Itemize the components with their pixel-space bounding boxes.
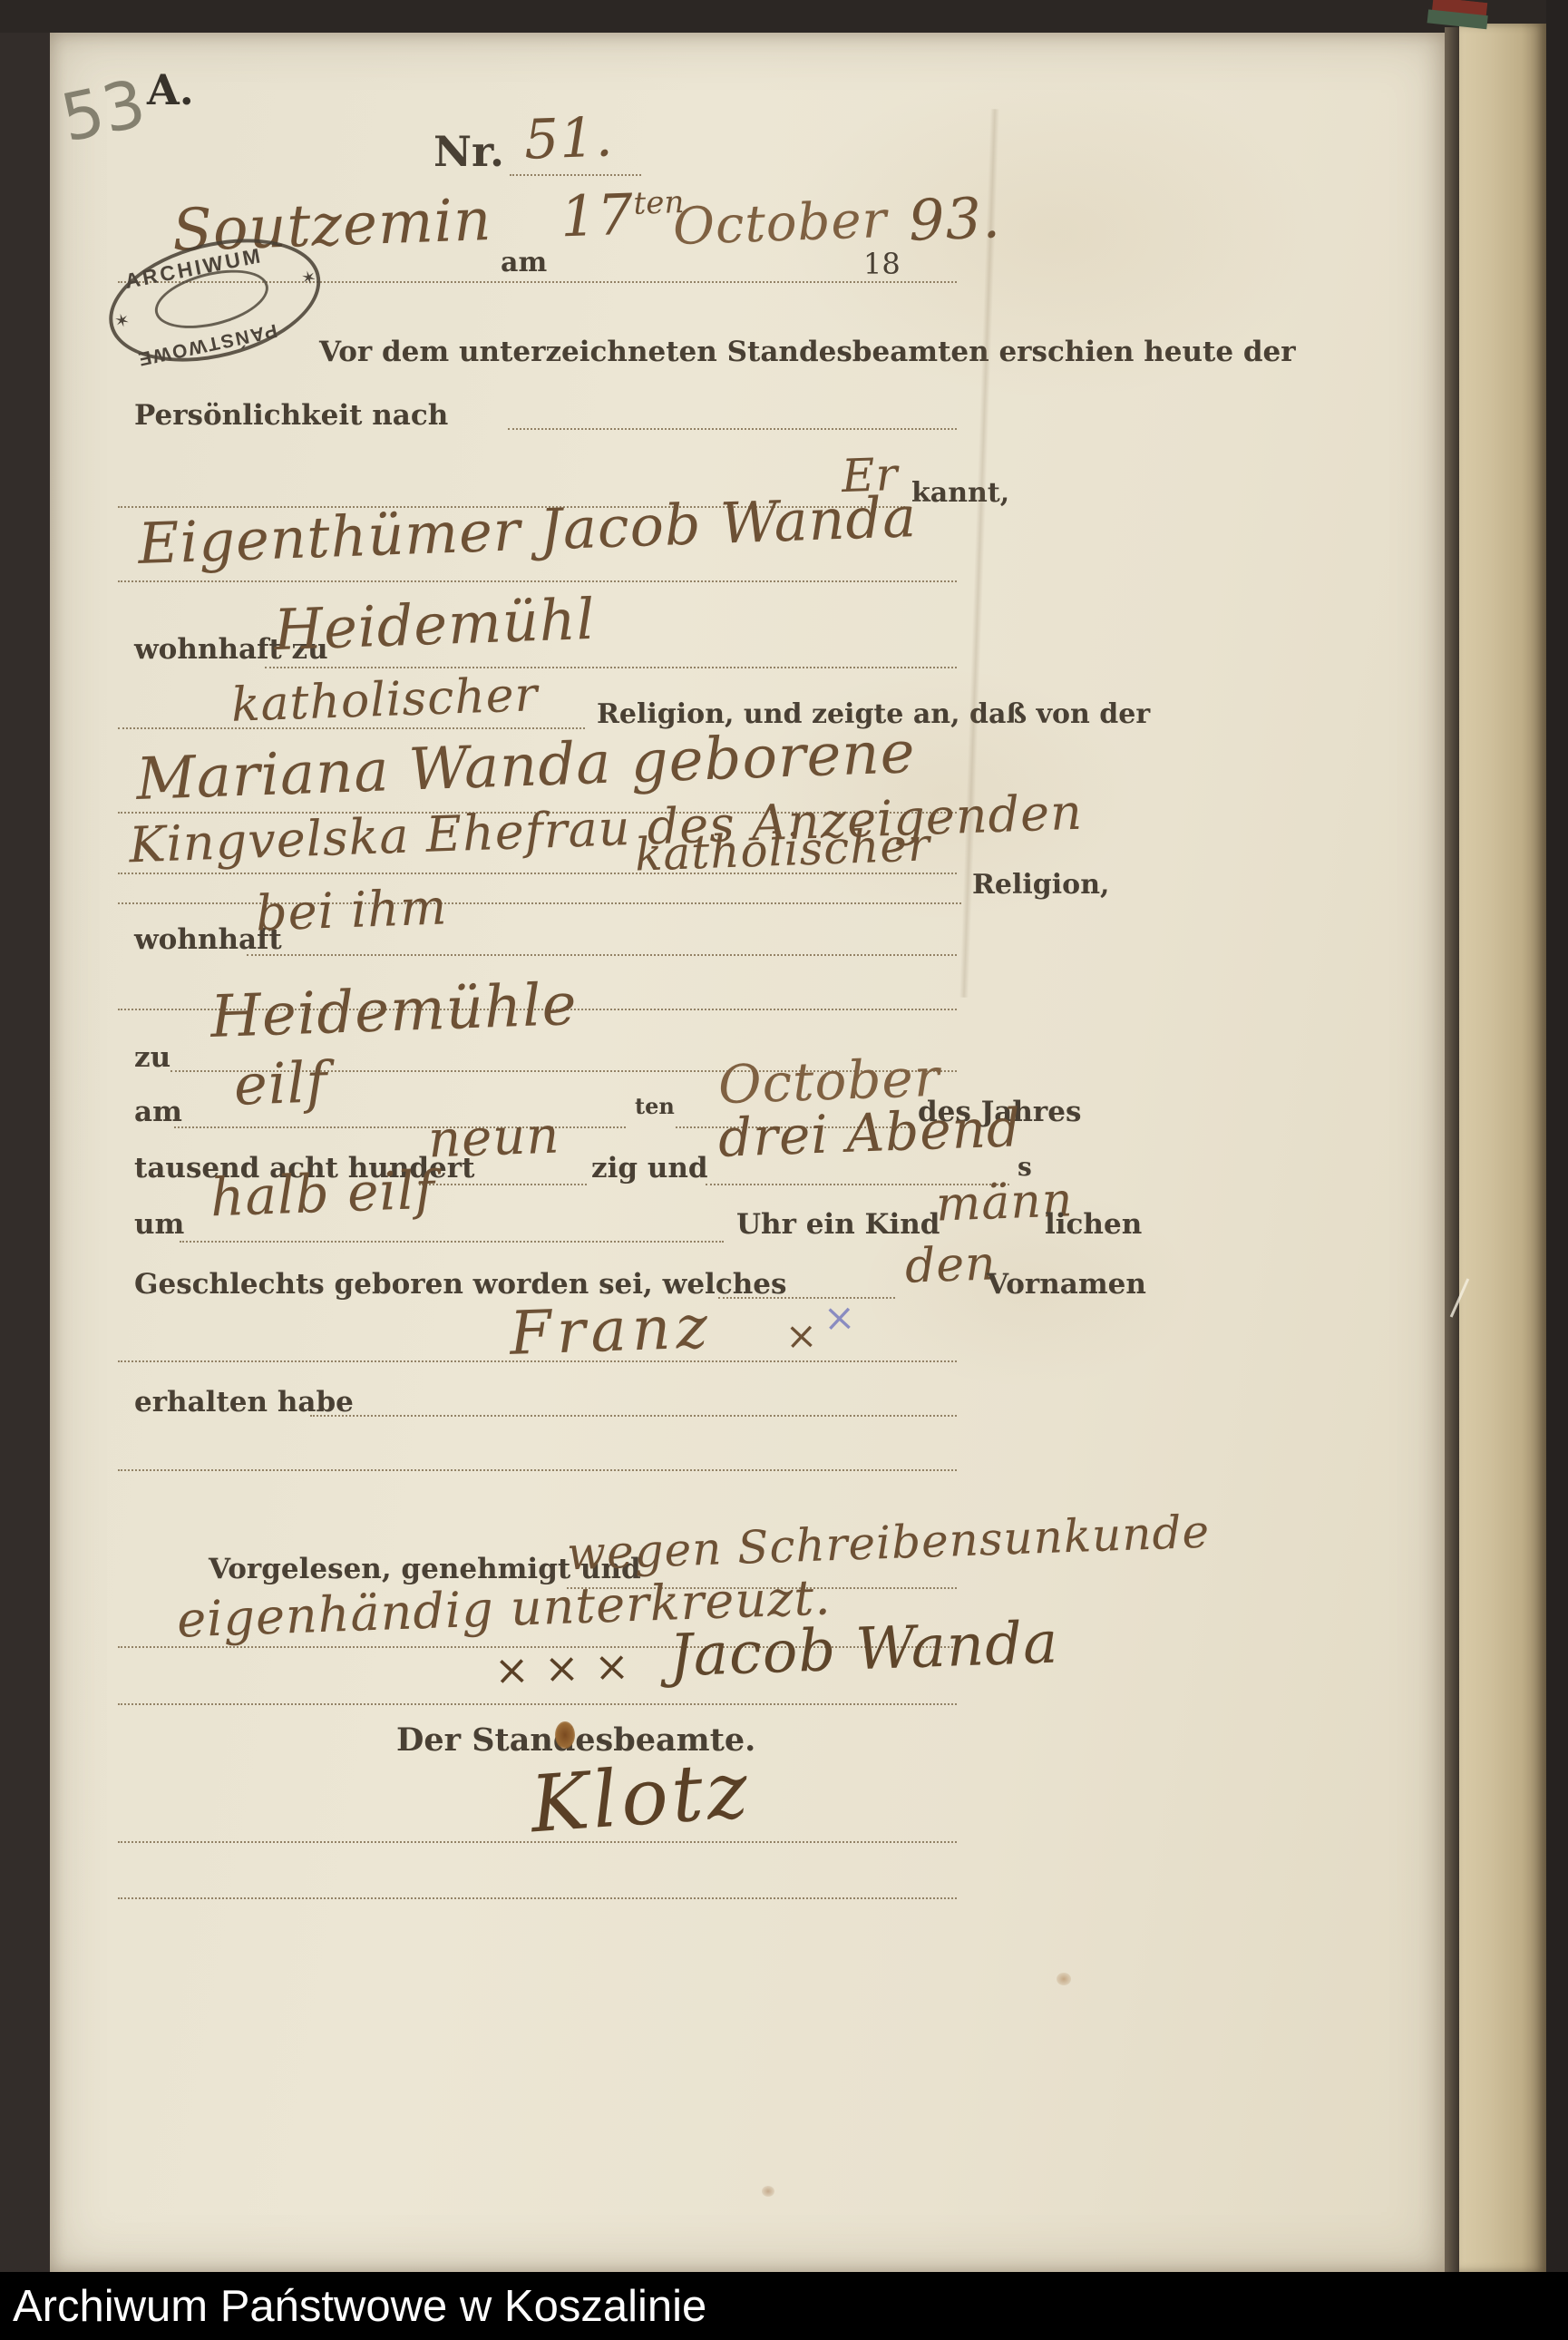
persoenlichkeit-label: Persönlichkeit nach [134, 399, 448, 432]
persoenlichkeit-dotted [508, 428, 957, 430]
firstname-value: Franz [509, 1292, 715, 1369]
am2-label: am [134, 1096, 182, 1128]
declarant-dotted [118, 580, 957, 582]
ink-stain [555, 1721, 575, 1749]
religion2-label: Religion, [972, 869, 1109, 901]
intro-line: Vor dem unterzeichneten Standesbeamten e… [319, 336, 1296, 368]
time-value: halb eilf [209, 1159, 436, 1229]
tausend-dotted-a [419, 1184, 587, 1185]
am-label: am [501, 247, 547, 278]
official-dotted [118, 1841, 957, 1843]
birthplace-value: Heidemühle [209, 971, 579, 1051]
cross-blue: × [823, 1294, 857, 1340]
den-value: den [904, 1236, 998, 1293]
birth-day-value: eilf [233, 1048, 329, 1118]
page-gutter-shadow [1445, 27, 1459, 2272]
day-value: 17ten [560, 180, 686, 250]
wohnhaft-value: bei ihm [255, 878, 448, 941]
uhr-label: Uhr ein Kind [736, 1208, 940, 1241]
erhalten-habe-label: erhalten habe [134, 1386, 354, 1419]
um-dotted [180, 1241, 724, 1243]
religion2-dotted [118, 902, 961, 904]
form-letter: A. [147, 65, 194, 114]
drei-value: drei Abend [717, 1097, 1022, 1169]
background-top [0, 0, 1568, 33]
month-value: October [672, 190, 888, 257]
official-sign-value: Klotz [528, 1745, 755, 1851]
kannt-label: kannt, [911, 477, 1009, 509]
next-page-edge [1459, 24, 1546, 2272]
empty-dotted-2 [118, 1469, 957, 1471]
fox-spot-1 [1057, 1973, 1071, 1985]
ten-label: ten [635, 1093, 675, 1119]
sign-dotted [118, 1703, 957, 1705]
religion1-dotted [118, 727, 585, 729]
nr-label: Nr. [433, 127, 504, 176]
archive-caption-text: Archiwum Państwowe w Koszalinie [13, 2281, 706, 2332]
religion1-value: katholischer [230, 668, 539, 733]
zig-und-label: zig und [591, 1152, 708, 1185]
year-printed: 18 [863, 247, 901, 281]
zu-label: zu [134, 1041, 170, 1074]
vornamen-label: Vornamen [987, 1268, 1146, 1301]
bookmark-tab [1424, 0, 1495, 45]
nr-dotted-line [510, 174, 641, 176]
empty-dotted-3 [118, 1897, 957, 1899]
archive-caption-bar: Archiwum Państwowe w Koszalinie [0, 2272, 1568, 2340]
declarant-sign-value: Jacob Wanda [668, 1610, 1060, 1691]
firstname-dotted [118, 1360, 957, 1362]
geschlechts-dotted [718, 1297, 895, 1299]
cross-brown: × [784, 1312, 819, 1358]
lichen-label: lichen [1045, 1208, 1142, 1241]
crosses-value: × × × [493, 1641, 631, 1694]
fox-spot-2 [762, 2186, 774, 2197]
background-right [1546, 0, 1568, 2340]
day-number: 17 [560, 181, 635, 250]
religion2-value: katholischer [634, 818, 931, 881]
residence-value: Heidemühl [273, 586, 597, 663]
wohnhaft-dotted [247, 954, 957, 956]
residence-dotted [265, 667, 957, 668]
erhalten-dotted [310, 1415, 957, 1417]
scanned-document-page: 53 A. Nr. 51. Soutzemin am 17ten October… [0, 0, 1568, 2340]
nr-value: 51. [523, 105, 615, 171]
um-label: um [134, 1208, 184, 1241]
neun-value: neun [427, 1106, 561, 1169]
